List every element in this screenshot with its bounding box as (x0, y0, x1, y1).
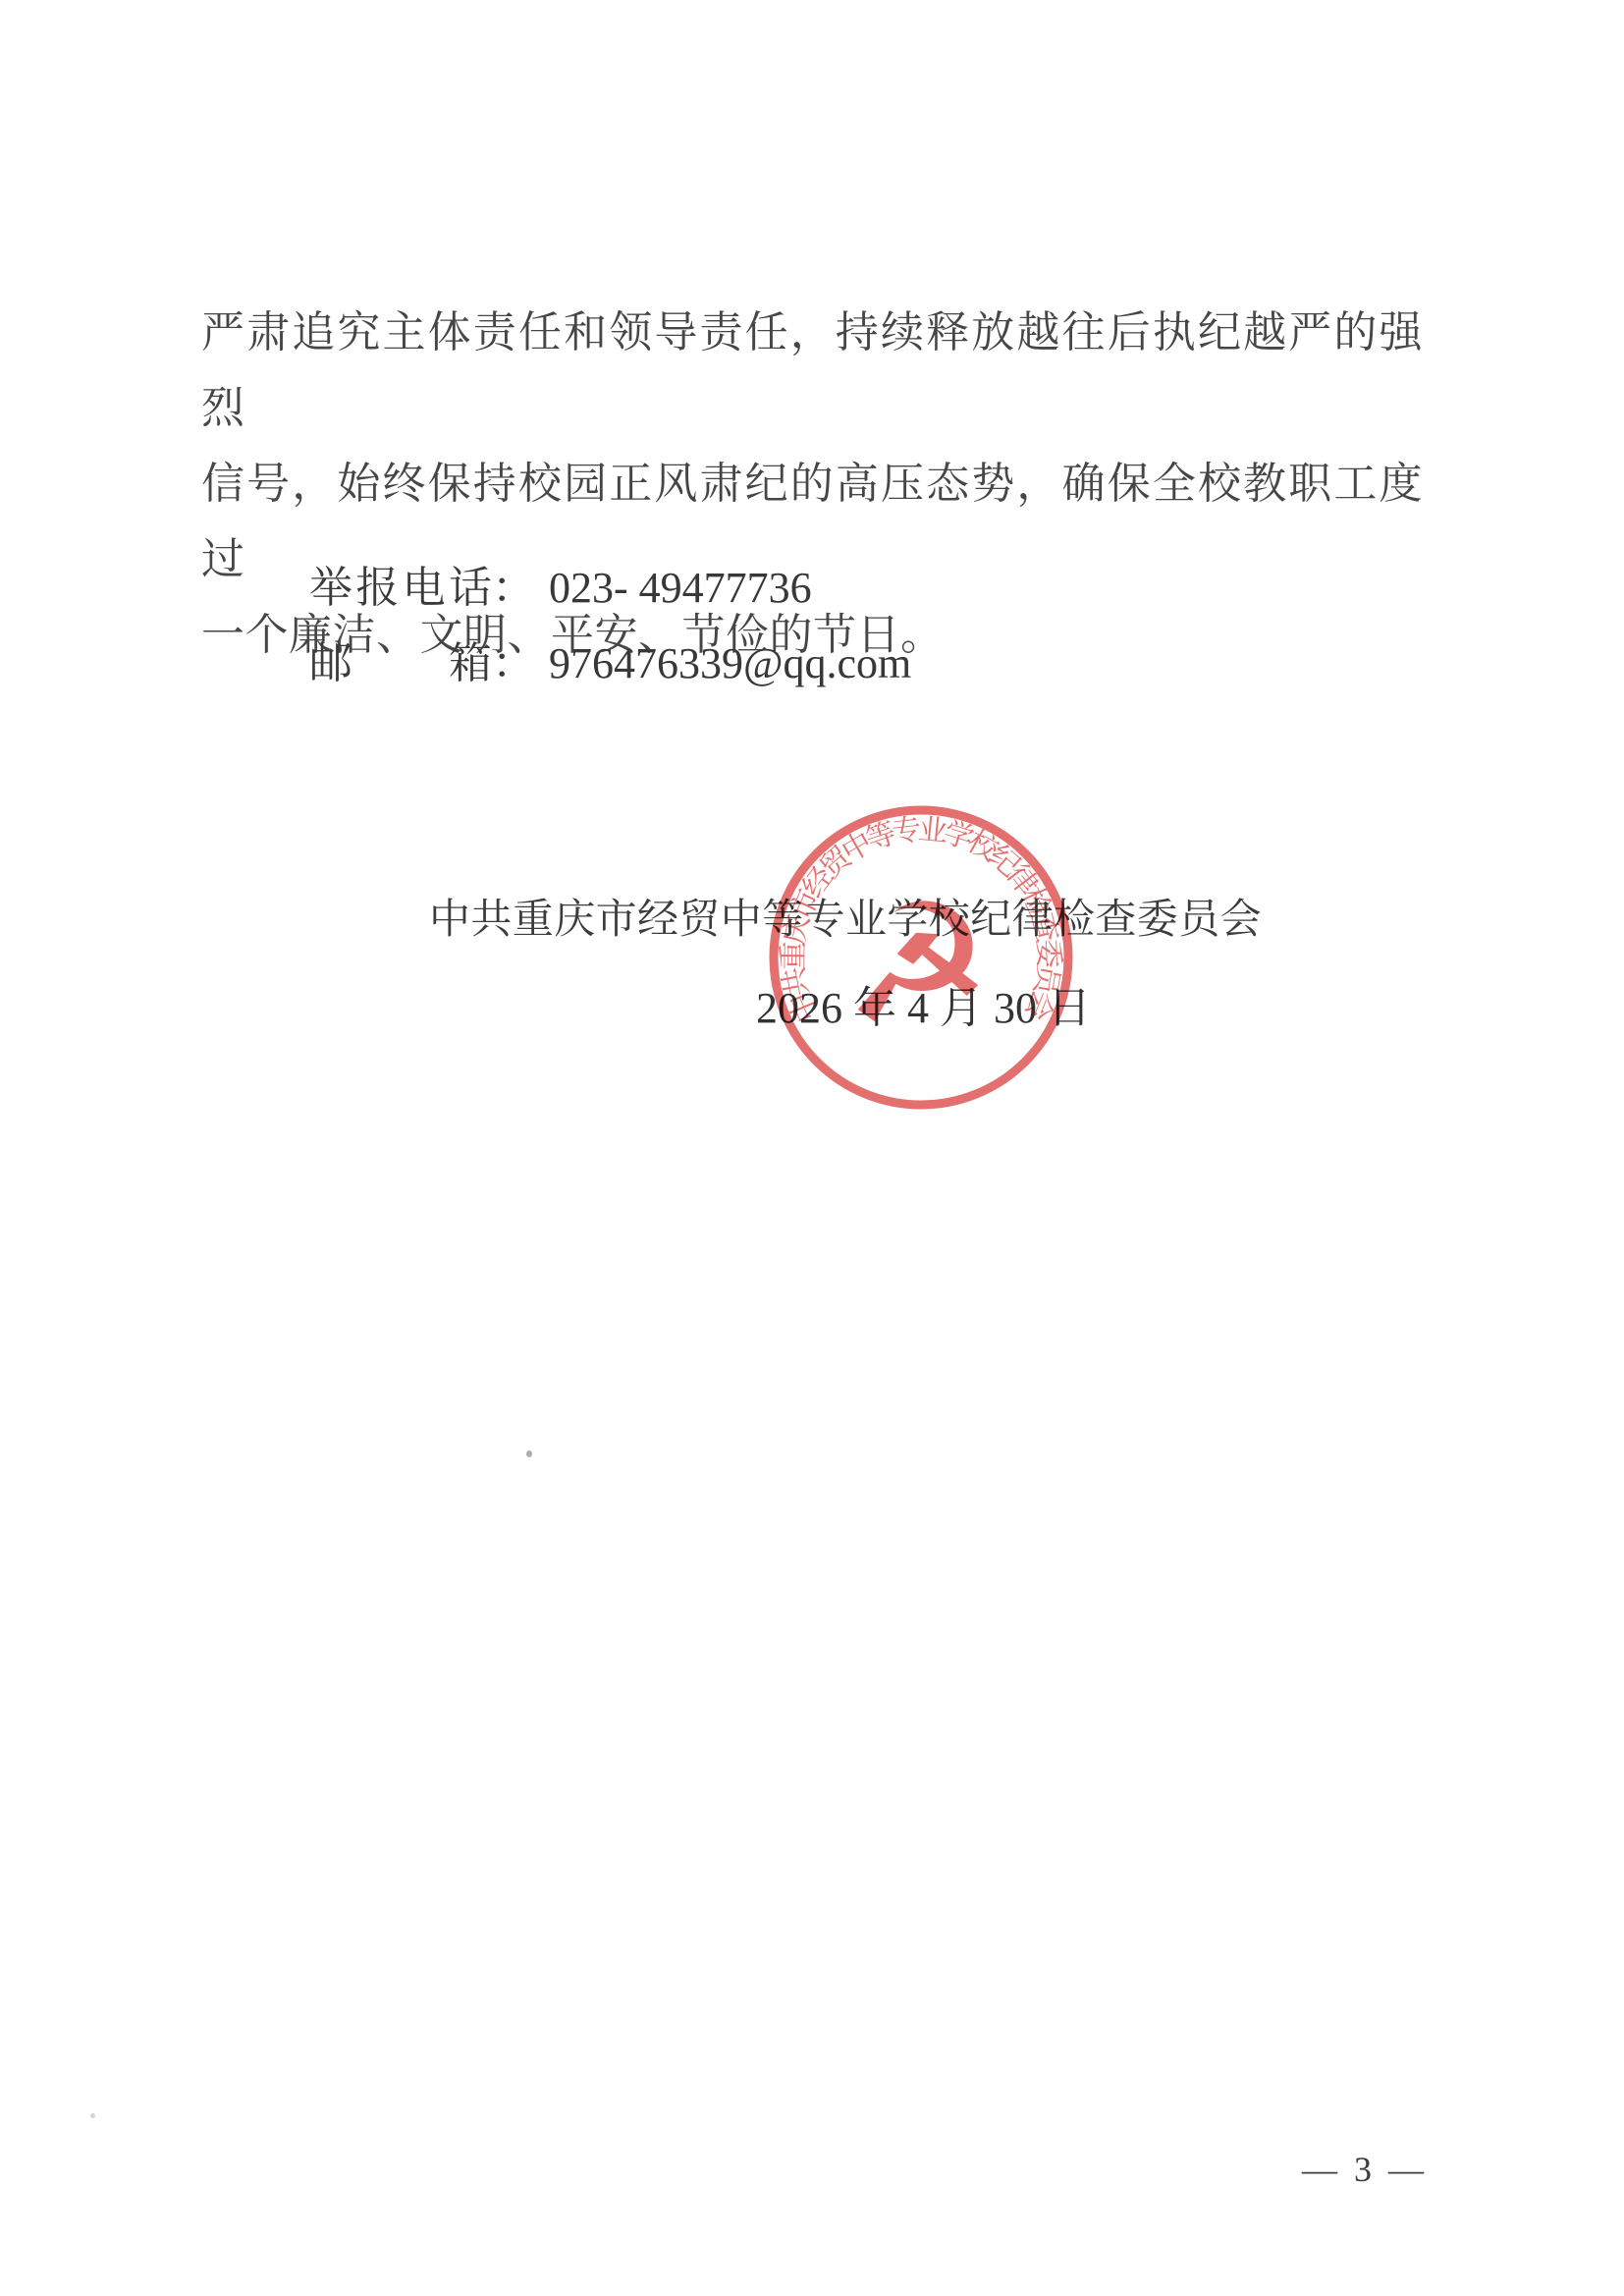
report-phone-value: 023- 49477736 (549, 550, 812, 626)
official-seal-stamp: ☭ 中共重庆市经贸中等专业学校纪律检查委员会 (754, 791, 1088, 1124)
report-email-label: 邮箱 (309, 626, 492, 701)
report-email-colon: ： (492, 626, 535, 701)
report-phone-label: 举报电话 (309, 550, 492, 626)
report-phone-colon: ： (492, 550, 535, 626)
report-email-value: 976476339@qq.com (549, 626, 911, 701)
scan-speck (526, 1450, 532, 1457)
page-number: — 3 — (1302, 2149, 1428, 2190)
report-email-line: 邮箱：976476339@qq.com (309, 626, 911, 701)
report-phone-line: 举报电话：023- 49477736 (309, 550, 911, 626)
document-page: 严肃追究主体责任和领导责任，持续释放越往后执纪越严的强烈 信号，始终保持校园正风… (0, 0, 1624, 2296)
scan-speck (90, 2113, 95, 2118)
hammer-sickle-icon: ☭ (844, 868, 993, 1061)
paragraph-line-1: 严肃追究主体责任和领导责任，持续释放越往后执纪越严的强烈 (201, 295, 1423, 446)
contact-info: 举报电话：023- 49477736 邮箱：976476339@qq.com (309, 550, 911, 701)
